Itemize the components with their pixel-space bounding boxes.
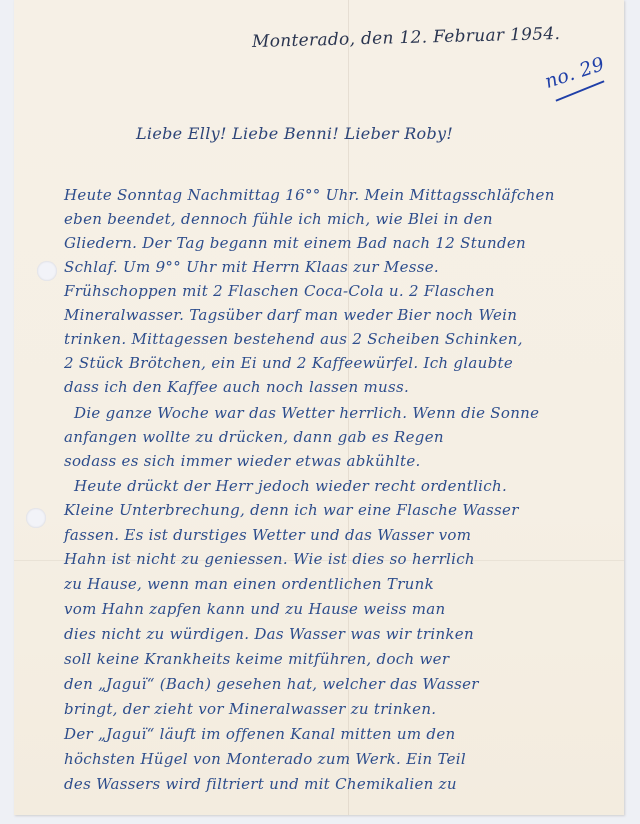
- letter-reference-number: no. 29: [542, 53, 607, 93]
- letter-line: sodass es sich immer wieder etwas abkühl…: [64, 452, 421, 470]
- letter-line: Der „Jaguï“ läuft im offenen Kanal mitte…: [64, 725, 455, 743]
- letter-line: Mineralwasser. Tagsüber darf man weder B…: [64, 306, 517, 324]
- letter-line: vom Hahn zapfen kann und zu Hause weiss …: [64, 600, 446, 618]
- letter-line: Schlaf. Um 9°° Uhr mit Herrn Klaas zur M…: [64, 258, 439, 276]
- letter-line: dies nicht zu würdigen. Das Wasser was w…: [64, 625, 474, 643]
- letter-line: des Wassers wird filtriert und mit Chemi…: [64, 775, 457, 793]
- letter-line: bringt, der zieht vor Mineralwasser zu t…: [64, 700, 436, 718]
- letter-line: eben beendet, dennoch fühle ich mich, wi…: [64, 210, 493, 228]
- scanned-letter-image: Monterado, den 12. Februar 1954. no. 29 …: [0, 0, 640, 824]
- letter-line: dass ich den Kaffee auch noch lassen mus…: [64, 378, 409, 396]
- letter-line: fassen. Es ist durstiges Wetter und das …: [64, 526, 471, 544]
- letter-line: Frühschoppen mit 2 Flaschen Coca-Cola u.…: [64, 282, 495, 300]
- letter-line: anfangen wollte zu drücken, dann gab es …: [64, 428, 444, 446]
- letter-line: 2 Stück Brötchen, ein Ei und 2 Kaffeewür…: [64, 354, 513, 372]
- letter-line: trinken. Mittagessen bestehend aus 2 Sch…: [64, 330, 523, 348]
- letter-line: den „Jaguï“ (Bach) gesehen hat, welcher …: [64, 675, 479, 693]
- letter-line: Gliedern. Der Tag begann mit einem Bad n…: [64, 234, 526, 252]
- letter-line: Heute Sonntag Nachmittag 16°° Uhr. Mein …: [64, 186, 555, 204]
- letter-line: Die ganze Woche war das Wetter herrlich.…: [74, 404, 539, 422]
- letter-line: zu Hause, wenn man einen ordentlichen Tr…: [64, 575, 434, 593]
- punch-hole-top: [37, 261, 57, 281]
- letter-line: soll keine Krankheits keime mitführen, d…: [64, 650, 449, 668]
- letter-line: Kleine Unterbrechung, denn ich war eine …: [64, 501, 519, 519]
- letter-line: Heute drückt der Herr jedoch wieder rech…: [74, 477, 507, 495]
- letter-line: Hahn ist nicht zu geniessen. Wie ist die…: [64, 550, 475, 568]
- punch-hole-bottom: [26, 508, 46, 528]
- letter-salutation: Liebe Elly! Liebe Benni! Lieber Roby!: [136, 124, 453, 143]
- letter-paper: Monterado, den 12. Februar 1954. no. 29 …: [14, 0, 624, 815]
- letter-line: höchsten Hügel von Monterado zum Werk. E…: [64, 750, 466, 768]
- letter-dateline: Monterado, den 12. Februar 1954.: [252, 24, 561, 52]
